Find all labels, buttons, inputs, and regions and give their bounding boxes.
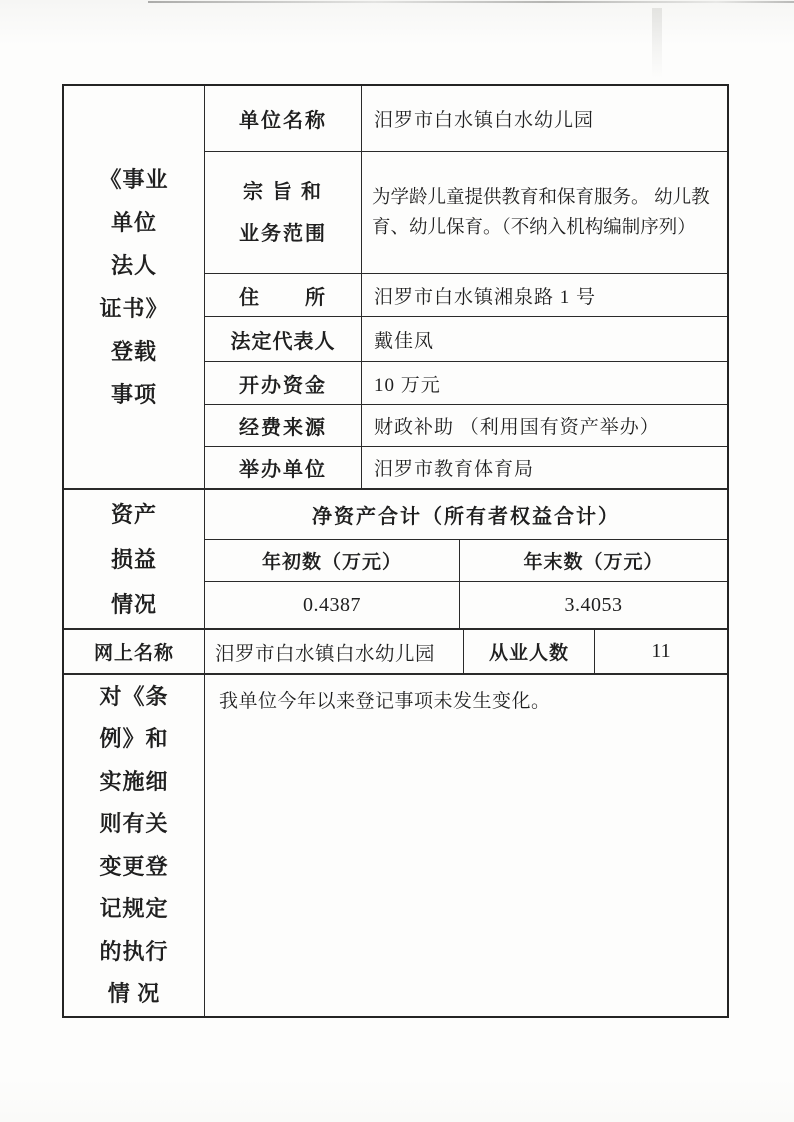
address-label: 住 所 — [205, 274, 362, 316]
year-end-value: 3.4053 — [460, 582, 727, 628]
registration-form-table: 《事业 单位 法人 证书》 登载 事项 单位名称 汨罗市白水镇白水幼儿园 宗 旨… — [62, 84, 729, 1018]
side-label-line: 单位 — [111, 201, 157, 244]
legal-representative-label: 法定代表人 — [205, 317, 362, 361]
organizer-label: 举办单位 — [205, 447, 362, 488]
side-label-line: 实施细 — [99, 761, 168, 804]
funding-source-label: 经费来源 — [205, 405, 362, 446]
organizer-row: 举办单位 汨罗市教育体育局 — [205, 447, 727, 488]
purpose-scope-row: 宗 旨 和 业务范围 为学龄儿童提供教育和保育服务。 幼儿教育、幼儿保育。（不纳… — [205, 152, 727, 274]
legal-representative-row: 法定代表人 戴佳凤 — [205, 317, 727, 362]
side-label-line: 损益 — [111, 537, 157, 582]
purpose-scope-value: 为学龄儿童提供教育和保育服务。 幼儿教育、幼儿保育。（不纳入机构编制序列） — [362, 152, 727, 273]
opening-capital-label: 开办资金 — [205, 362, 362, 404]
net-assets-header: 净资产合计（所有者权益合计） — [205, 490, 727, 540]
certificate-field-rows: 单位名称 汨罗市白水镇白水幼儿园 宗 旨 和 业务范围 为学龄儿童提供教育和保育… — [205, 86, 727, 488]
certificate-side-label: 《事业 单位 法人 证书》 登载 事项 — [64, 86, 205, 488]
side-label-line: 《事业 — [99, 158, 168, 201]
opening-capital-value: 10 万元 — [362, 362, 727, 404]
unit-name-value: 汨罗市白水镇白水幼儿园 — [362, 86, 727, 151]
funding-source-row: 经费来源 财政补助 （利用国有资产举办） — [205, 405, 727, 447]
regulation-side-label: 对《条 例》和 实施细 则有关 变更登 记规定 的执行 情 况 — [64, 675, 205, 1016]
address-row: 住 所 汨罗市白水镇湘泉路 1 号 — [205, 274, 727, 317]
side-label-line: 记规定 — [99, 888, 168, 931]
asset-rows: 净资产合计（所有者权益合计） 年初数（万元） 年末数（万元） 0.4387 3.… — [205, 490, 727, 628]
address-value: 汨罗市白水镇湘泉路 1 号 — [362, 274, 727, 316]
purpose-label-line1: 宗 旨 和 — [243, 171, 323, 213]
scan-edge-artifact — [148, 1, 794, 3]
online-name-label: 网上名称 — [64, 630, 205, 673]
unit-name-row: 单位名称 汨罗市白水镇白水幼儿园 — [205, 86, 727, 152]
asset-side-label: 资产 损益 情况 — [64, 490, 205, 628]
side-label-line: 的执行 — [99, 931, 168, 974]
side-label-line: 事项 — [111, 373, 157, 416]
year-start-header: 年初数（万元） — [205, 540, 460, 581]
side-label-line: 资产 — [111, 492, 157, 537]
side-label-line: 法人 — [111, 244, 157, 287]
asset-section: 资产 损益 情况 净资产合计（所有者权益合计） 年初数（万元） 年末数（万元） … — [64, 490, 727, 630]
organizer-value: 汨罗市教育体育局 — [362, 447, 727, 488]
online-name-value: 汨罗市白水镇白水幼儿园 — [205, 630, 464, 673]
side-label-line: 对《条 — [99, 676, 168, 719]
scanned-page: 《事业 单位 法人 证书》 登载 事项 单位名称 汨罗市白水镇白水幼儿园 宗 旨… — [0, 0, 794, 1122]
online-name-section: 网上名称 汨罗市白水镇白水幼儿园 从业人数 11 — [64, 630, 727, 675]
year-start-value: 0.4387 — [205, 582, 460, 628]
staff-count-value: 11 — [595, 630, 727, 673]
year-end-header: 年末数（万元） — [460, 540, 727, 581]
purpose-label-line2: 业务范围 — [239, 213, 327, 255]
compliance-section: 对《条 例》和 实施细 则有关 变更登 记规定 的执行 情 况 我单位今年以来登… — [64, 675, 727, 1016]
asset-column-headers: 年初数（万元） 年末数（万元） — [205, 540, 727, 582]
purpose-scope-label: 宗 旨 和 业务范围 — [205, 152, 362, 273]
side-label-line: 情况 — [111, 582, 157, 627]
side-label-line: 变更登 — [99, 846, 168, 889]
opening-capital-row: 开办资金 10 万元 — [205, 362, 727, 405]
side-label-line: 证书》 — [99, 287, 168, 330]
scan-smudge-artifact — [652, 8, 662, 78]
compliance-content: 我单位今年以来登记事项未发生变化。 — [205, 675, 727, 1016]
legal-representative-value: 戴佳凤 — [362, 317, 727, 361]
staff-count-label: 从业人数 — [464, 630, 595, 673]
asset-values-row: 0.4387 3.4053 — [205, 582, 727, 628]
side-label-line: 登载 — [111, 330, 157, 373]
certificate-items-section: 《事业 单位 法人 证书》 登载 事项 单位名称 汨罗市白水镇白水幼儿园 宗 旨… — [64, 86, 727, 490]
funding-source-value: 财政补助 （利用国有资产举办） — [362, 405, 727, 446]
side-label-line: 则有关 — [99, 803, 168, 846]
unit-name-label: 单位名称 — [205, 86, 362, 151]
side-label-line: 例》和 — [99, 718, 168, 761]
side-label-line: 情 况 — [108, 973, 161, 1016]
